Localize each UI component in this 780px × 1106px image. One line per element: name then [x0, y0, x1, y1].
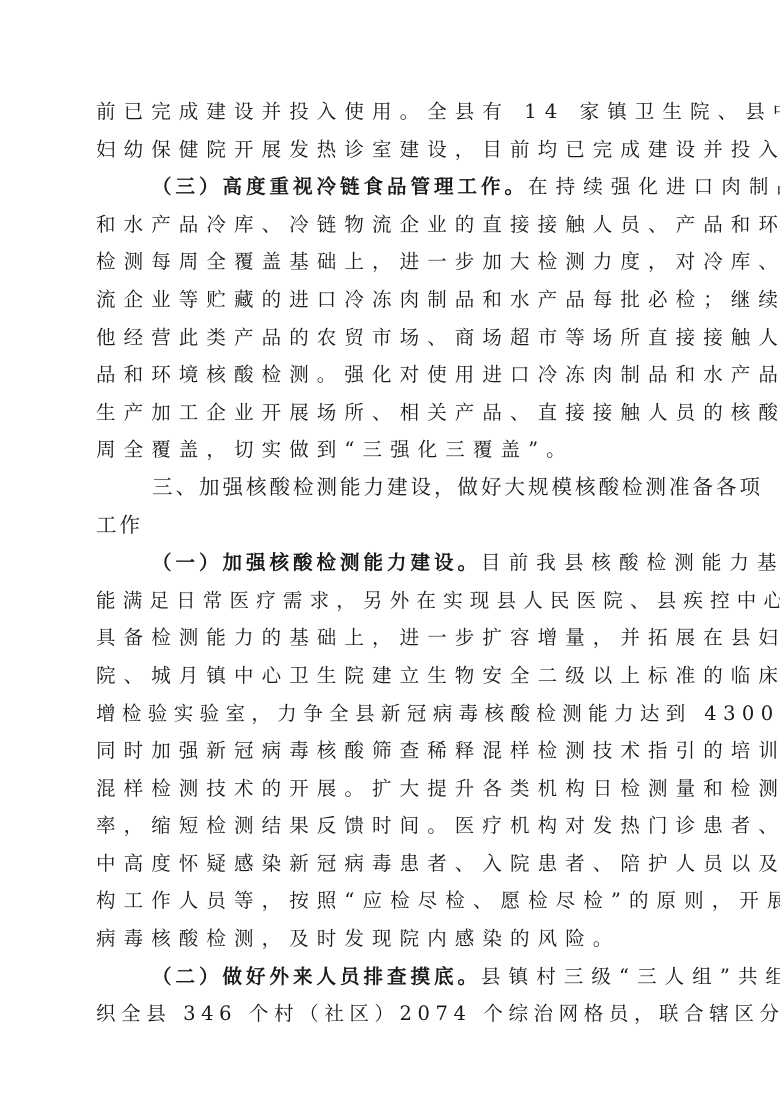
section-title: （一）加强核酸检测能力建设。	[152, 551, 481, 574]
text-line: 检测每周全覆盖基础上，进一步加大检测力度，对冷库、冷链物	[96, 243, 686, 281]
text-line: 构工作人员等，按照“应检尽检、愿检尽检”的原则，开展新冠	[96, 882, 686, 920]
paragraph-start: （一）加强核酸检测能力建设。目前我县核酸检测能力基本	[96, 544, 686, 582]
text-line: 目前我县核酸检测能力基本	[481, 551, 780, 574]
text-line: 在持续强化进口肉制品	[528, 175, 780, 198]
section-heading-continued: 工作	[96, 507, 686, 545]
text-line: 院、城月镇中心卫生院建立生物安全二级以上标准的临床基因扩	[96, 657, 686, 695]
section-title: （三）高度重视冷链食品管理工作。	[152, 175, 528, 198]
text-line: 增检验实验室，力争全县新冠病毒核酸检测能力达到 4300 份/天；	[96, 695, 686, 733]
text-line: 混样检测技术的开展。扩大提升各类机构日检测量和检测工作效	[96, 770, 686, 808]
text-line: 具备检测能力的基础上，进一步扩容增量，并拓展在县妇幼保健	[96, 619, 686, 657]
text-line: 品和环境核酸检测。强化对使用进口冷冻肉制品和水产品的食品	[96, 356, 686, 394]
document-page: 前已完成建设并投入使用。全县有 14 家镇卫生院、县中医院、县 妇幼保健院开展发…	[96, 93, 686, 1033]
text-line: 周全覆盖，切实做到“三强化三覆盖”。	[96, 431, 686, 469]
text-line: 病毒核酸检测，及时发现院内感染的风险。	[96, 920, 686, 958]
section-title: （二）做好外来人员排查摸底。	[152, 965, 481, 988]
text-line: 织全县 346 个村（社区）2074 个综治网格员，联合辖区分管政法	[96, 995, 686, 1033]
text-line: 同时加强新冠病毒核酸筛查稀释混样检测技术指引的培训，促进	[96, 732, 686, 770]
text-line: 率，缩短检测结果反馈时间。医疗机构对发热门诊患者、门急诊	[96, 807, 686, 845]
text-line: 他经营此类产品的农贸市场、商场超市等场所直接接触人员、产	[96, 319, 686, 357]
text-line: 前已完成建设并投入使用。全县有 14 家镇卫生院、县中医院、县	[96, 93, 686, 131]
text-line: 生产加工企业开展场所、相关产品、直接接触人员的核酸检测每	[96, 394, 686, 432]
section-heading: 三、加强核酸检测能力建设，做好大规模核酸检测准备各项	[96, 469, 686, 507]
text-line: 能满足日常医疗需求，另外在实现县人民医院、县疾控中心 100%	[96, 582, 686, 620]
text-line: 县镇村三级“三人组”共组	[481, 965, 780, 988]
text-line: 妇幼保健院开展发热诊室建设，目前均已完成建设并投入使用。	[96, 131, 686, 169]
text-line: 流企业等贮藏的进口冷冻肉制品和水产品每批必检；继续强化其	[96, 281, 686, 319]
paragraph-start: （二）做好外来人员排查摸底。县镇村三级“三人组”共组	[96, 958, 686, 996]
text-line: 和水产品冷库、冷链物流企业的直接接触人员、产品和环境核酸	[96, 206, 686, 244]
paragraph-start: （三）高度重视冷链食品管理工作。在持续强化进口肉制品	[96, 168, 686, 206]
text-line: 中高度怀疑感染新冠病毒患者、入院患者、陪护人员以及医疗机	[96, 845, 686, 883]
